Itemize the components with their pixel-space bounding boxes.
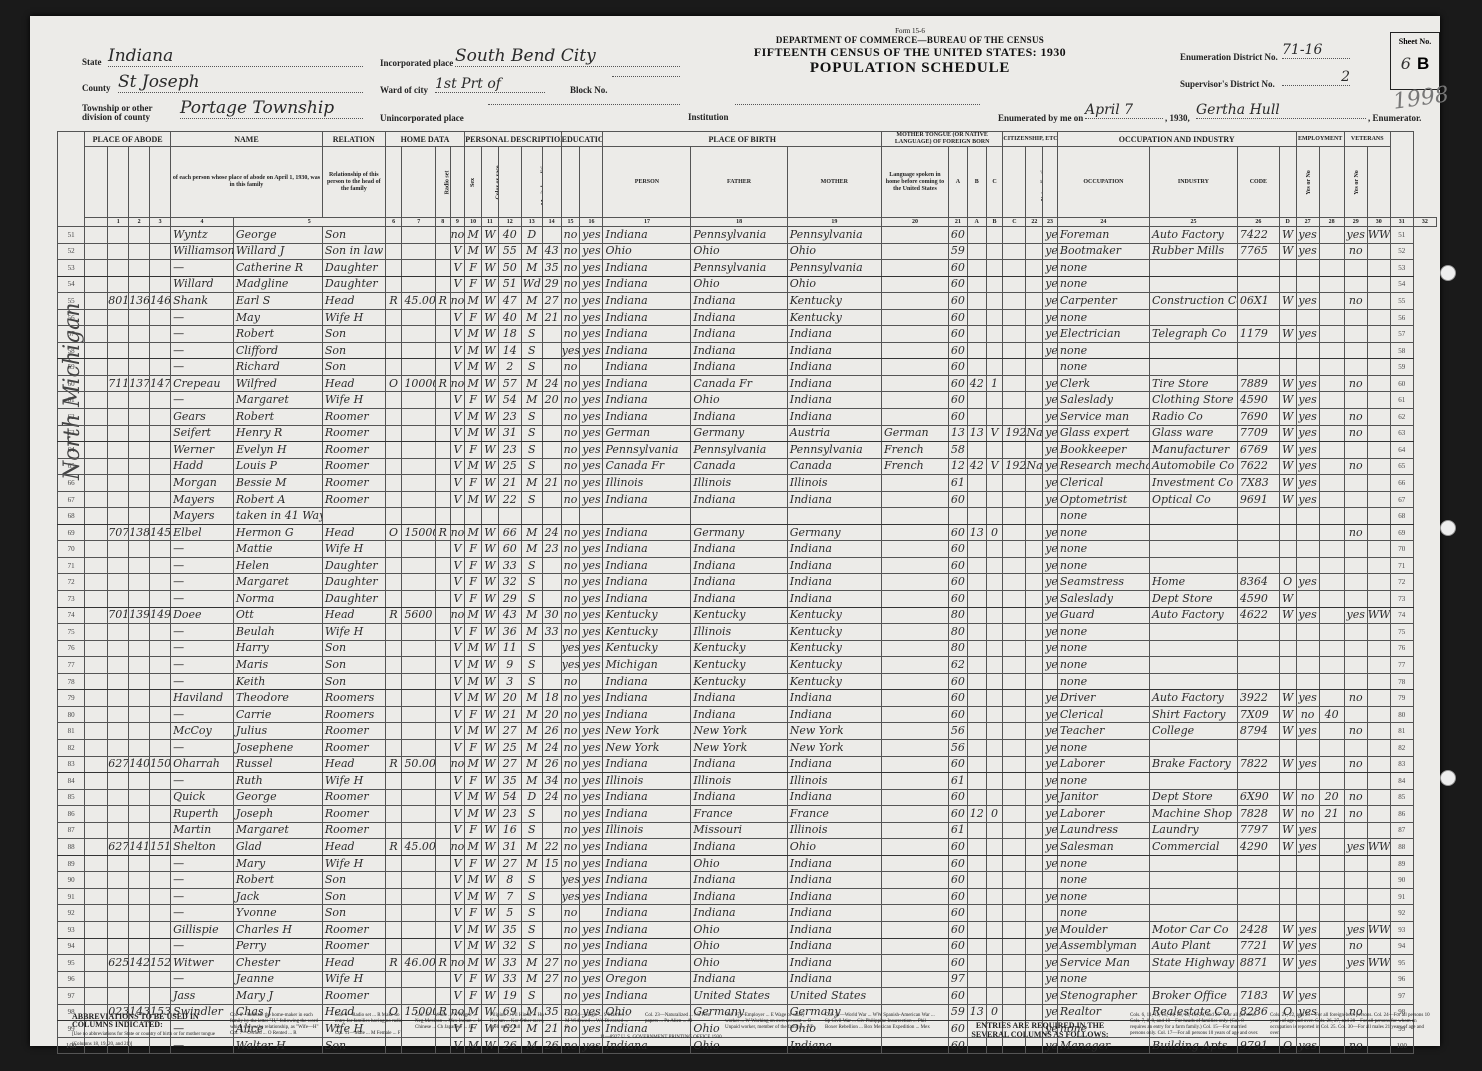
cell-sex: M <box>465 409 482 426</box>
cell-mother: Indiana <box>787 921 881 938</box>
cell-race: W <box>482 988 499 1005</box>
col-number: 13 <box>521 218 542 227</box>
cell-unemp <box>1319 988 1344 1005</box>
cell-house <box>108 243 129 260</box>
cell-owned <box>385 673 402 690</box>
cell-code-a: 60 <box>948 839 967 856</box>
cell-father: Illinois <box>691 773 787 790</box>
cell-industry <box>1149 872 1237 889</box>
cell-relation: Son <box>322 342 385 359</box>
cell-at-work: yes <box>1296 839 1319 856</box>
cell-marital: S <box>521 988 542 1005</box>
cell-radio: R <box>435 955 450 972</box>
enumerated-year: , 1930, <box>1165 113 1190 123</box>
cell-naturalization <box>1026 673 1043 690</box>
cell-age-marriage: 24 <box>542 375 561 392</box>
cell-age: 19 <box>498 988 521 1005</box>
cell-radio <box>435 276 450 293</box>
line-number-right: 66 <box>1390 475 1413 492</box>
table-row: 81McCoyJuliusRoomerVMW27M26noyesNew York… <box>58 723 1437 740</box>
cell-surname: Seifert <box>171 425 234 442</box>
cell-code-b <box>967 739 986 756</box>
cell-at-work <box>1296 260 1319 277</box>
cell-dwelling <box>129 888 150 905</box>
cell-code <box>1237 872 1279 889</box>
col-number: 22 <box>1026 218 1043 227</box>
cell-father: Indiana <box>691 591 787 608</box>
cell-given: Beulah <box>233 624 322 641</box>
cell-code-a: 60 <box>948 276 967 293</box>
cell-house <box>108 938 129 955</box>
cell-war <box>1367 988 1390 1005</box>
cell-street <box>85 673 108 690</box>
cell-race: W <box>482 855 499 872</box>
cell-school: no <box>561 293 580 310</box>
cell-at-work <box>1296 591 1319 608</box>
cell-marital: S <box>521 872 542 889</box>
cell-class <box>1279 773 1296 790</box>
cell-marital: M <box>521 475 542 492</box>
cell-marital: S <box>521 557 542 574</box>
cell-owned <box>385 657 402 674</box>
cell-at-work <box>1296 541 1319 558</box>
table-row: 95625142152WitwerChesterHeadR46.00RnoMW3… <box>58 955 1437 972</box>
abbr-col14: Col. 14—Single ... S Married ... M Widow… <box>565 1013 630 1031</box>
cell-naturalization <box>1026 888 1043 905</box>
cell-occupation: none <box>1057 276 1149 293</box>
cell-race: W <box>482 905 499 922</box>
cell-age-marriage <box>542 921 561 938</box>
cell-code-a: 60 <box>948 988 967 1005</box>
cell-veteran: no <box>1344 243 1367 260</box>
ward-value: 1st Prt of <box>435 76 545 93</box>
cell-age: 35 <box>498 773 521 790</box>
cell-relation: Roomer <box>322 806 385 823</box>
cell-at-work: yes <box>1296 442 1319 459</box>
cell-race: W <box>482 690 499 707</box>
cell-marital: S <box>521 359 542 376</box>
cell-relation: Roomer <box>322 475 385 492</box>
cell-code-c <box>986 872 1003 889</box>
cell-birth: Michigan <box>603 657 691 674</box>
cell-age-marriage <box>542 458 561 475</box>
cell-owned <box>385 591 402 608</box>
cell-school: no <box>561 773 580 790</box>
cell-age-marriage: 26 <box>542 723 561 740</box>
cell-birth: Indiana <box>603 276 691 293</box>
cell-owned: O <box>385 524 402 541</box>
cell-war <box>1367 806 1390 823</box>
cell-code-c <box>986 227 1003 244</box>
cell-race: W <box>482 491 499 508</box>
cell-school: no <box>561 309 580 326</box>
line-number: 72 <box>58 574 85 591</box>
col-number: 30 <box>1367 218 1390 227</box>
cell-relation: Roomer <box>322 491 385 508</box>
cell-age: 47 <box>498 293 521 310</box>
cell-naturalization <box>1026 624 1043 641</box>
cell-code: 7709 <box>1237 425 1279 442</box>
abbr-col7: Col. 7—Owned ... O Rented ... R <box>230 1031 325 1037</box>
cell-occupation: none <box>1057 673 1149 690</box>
cell-code <box>1237 905 1279 922</box>
cell-dwelling <box>129 706 150 723</box>
cell-radio <box>435 905 450 922</box>
cell-english: yes <box>1043 640 1058 657</box>
cell-veteran <box>1344 276 1367 293</box>
cell-mother: Indiana <box>787 375 881 392</box>
cell-unemp <box>1319 524 1344 541</box>
cell-farm: V <box>450 806 465 823</box>
cell-race: W <box>482 309 499 326</box>
cell-language <box>881 673 948 690</box>
footer: ABBREVIATIONS TO BE USED IN COLUMNS INDI… <box>60 1013 1440 1043</box>
cell-owned <box>385 557 402 574</box>
cell-dwelling <box>129 905 150 922</box>
line-number-right: 83 <box>1390 756 1413 773</box>
cell-race: W <box>482 806 499 823</box>
cell-code-a: 60 <box>948 293 967 310</box>
cell-veteran <box>1344 491 1367 508</box>
col-number: 24 <box>1057 218 1149 227</box>
cell-dwelling: 141 <box>129 839 150 856</box>
cell-given: Theodore <box>233 690 322 707</box>
cell-language <box>881 342 948 359</box>
cell-street <box>85 524 108 541</box>
cell-birth: Indiana <box>603 988 691 1005</box>
cell-at-work <box>1296 640 1319 657</box>
cell-father: Pennsylvania <box>691 260 787 277</box>
cell-at-work <box>1296 342 1319 359</box>
table-row: 85QuickGeorgeRoomerVMW54D24noyesIndianaI… <box>58 789 1437 806</box>
cell-occupation: Laundress <box>1057 822 1149 839</box>
cell-war <box>1367 789 1390 806</box>
cell-dwelling <box>129 342 150 359</box>
cell-mother: Germany <box>787 524 881 541</box>
cell-read: yes <box>580 806 603 823</box>
cell-english: yes <box>1043 806 1058 823</box>
cell-sex: M <box>465 839 482 856</box>
cell-code-b <box>967 293 986 310</box>
cell-family <box>150 855 171 872</box>
cell-surname: Gillispie <box>171 921 234 938</box>
line-col <box>58 132 85 227</box>
line-number: 55 <box>58 293 85 310</box>
table-row: 59—RichardSonVMW2SnoIndianaIndianaIndian… <box>58 359 1437 376</box>
cell-language <box>881 640 948 657</box>
cell-code-a: 58 <box>948 442 967 459</box>
cell-code-b <box>967 673 986 690</box>
cell-mother: Kentucky <box>787 624 881 641</box>
cell-veteran <box>1344 822 1367 839</box>
cell-dwelling <box>129 475 150 492</box>
cell-sex: F <box>465 557 482 574</box>
cell-father: Canada Fr <box>691 375 787 392</box>
cell-marital: M <box>521 855 542 872</box>
form-number: Form 15-6 <box>720 27 1100 35</box>
cell-father: Ohio <box>691 855 787 872</box>
cell-mother: New York <box>787 739 881 756</box>
cell-birth: Illinois <box>603 822 691 839</box>
cell-veteran <box>1344 475 1367 492</box>
cell-house <box>108 227 129 244</box>
cell-age-marriage <box>542 574 561 591</box>
cell-surname: Wyntz <box>171 227 234 244</box>
cell-dwelling <box>129 458 150 475</box>
cell-read: yes <box>580 773 603 790</box>
cell-age-marriage <box>542 673 561 690</box>
cell-at-work: no <box>1296 789 1319 806</box>
cell-unemp <box>1319 723 1344 740</box>
cell-street <box>85 557 108 574</box>
cell-language <box>881 706 948 723</box>
cell-mother: Austria <box>787 425 881 442</box>
cell-relation: Head <box>322 756 385 773</box>
cell-war <box>1367 657 1390 674</box>
cell-occupation: none <box>1057 872 1149 889</box>
cell-relation: Head <box>322 375 385 392</box>
cell-naturalization <box>1026 508 1043 525</box>
col-header-dwelling: Number of dwelling house in order of vis… <box>129 147 150 218</box>
cell-occupation: Laborer <box>1057 756 1149 773</box>
cell-code-b <box>967 624 986 641</box>
cell-race: W <box>482 293 499 310</box>
cell-code: 2428 <box>1237 921 1279 938</box>
cell-mother: Ohio <box>787 243 881 260</box>
cell-owned <box>385 359 402 376</box>
cell-birth: Indiana <box>603 409 691 426</box>
cell-race: W <box>482 673 499 690</box>
cell-father: Pennsylvania <box>691 442 787 459</box>
cell-farm: V <box>450 392 465 409</box>
cell-immigration <box>1003 524 1026 541</box>
cell-farm: V <box>450 657 465 674</box>
cell-radio <box>435 822 450 839</box>
cell-code-c <box>986 557 1003 574</box>
cell-unemp <box>1319 921 1344 938</box>
cell-at-work <box>1296 557 1319 574</box>
cell-veteran <box>1344 739 1367 756</box>
col-number: 7 <box>402 218 436 227</box>
cell-family: 152 <box>150 955 171 972</box>
cell-value <box>402 475 436 492</box>
line-number-right: 60 <box>1390 375 1413 392</box>
line-number-right: 55 <box>1390 293 1413 310</box>
cell-sex: F <box>465 260 482 277</box>
cell-code-c <box>986 921 1003 938</box>
line-number-right: 95 <box>1390 955 1413 972</box>
cell-birth: Indiana <box>603 955 691 972</box>
cell-mother: Kentucky <box>787 309 881 326</box>
cell-age: 31 <box>498 839 521 856</box>
cell-mother: Indiana <box>787 938 881 955</box>
cell-radio <box>435 359 450 376</box>
cell-war <box>1367 971 1390 988</box>
cell-code-b <box>967 872 986 889</box>
cell-farm: V <box>450 971 465 988</box>
cell-family <box>150 905 171 922</box>
cell-farm: V <box>450 673 465 690</box>
cell-farm: V <box>450 276 465 293</box>
cell-school: yes <box>561 640 580 657</box>
cell-code <box>1237 624 1279 641</box>
cell-dwelling <box>129 971 150 988</box>
cell-surname: — <box>171 309 234 326</box>
cell-naturalization <box>1026 640 1043 657</box>
cell-family <box>150 624 171 641</box>
col-number: B <box>986 218 1003 227</box>
cell-occupation: none <box>1057 971 1149 988</box>
cell-english: yes <box>1043 475 1058 492</box>
cell-at-work <box>1296 673 1319 690</box>
cell-school: no <box>561 988 580 1005</box>
cell-unemp <box>1319 955 1344 972</box>
cell-mother: Indiana <box>787 872 881 889</box>
cell-naturalization: Na <box>1026 458 1043 475</box>
cell-age-marriage <box>542 806 561 823</box>
cell-dwelling <box>129 309 150 326</box>
cell-war <box>1367 458 1390 475</box>
cell-naturalization <box>1026 227 1043 244</box>
cell-given: Mattie <box>233 541 322 558</box>
line-number-right: 93 <box>1390 921 1413 938</box>
cell-naturalization <box>1026 739 1043 756</box>
group-education: EDUCATION <box>561 132 603 147</box>
cell-mother: Illinois <box>787 822 881 839</box>
cell-value <box>402 921 436 938</box>
township-value: Portage Township <box>180 98 363 119</box>
cell-sex: M <box>465 342 482 359</box>
cell-war: WW <box>1367 607 1390 624</box>
cell-dwelling <box>129 789 150 806</box>
cell-age-marriage <box>542 425 561 442</box>
cell-father: Ohio <box>691 392 787 409</box>
cell-occupation: Research mechanic <box>1057 458 1149 475</box>
cell-veteran <box>1344 624 1367 641</box>
cell-house <box>108 442 129 459</box>
cell-immigration <box>1003 375 1026 392</box>
cell-code-a: 60 <box>948 888 967 905</box>
cell-naturalization <box>1026 822 1043 839</box>
cell-value <box>402 458 436 475</box>
cell-surname: — <box>171 888 234 905</box>
cell-occupation: none <box>1057 541 1149 558</box>
cell-age-marriage <box>542 227 561 244</box>
cell-farm: V <box>450 690 465 707</box>
cell-street <box>85 773 108 790</box>
cell-code-b: 42 <box>967 458 986 475</box>
cell-war <box>1367 541 1390 558</box>
cell-radio <box>435 591 450 608</box>
line-number-right: 96 <box>1390 971 1413 988</box>
cell-relation: Roomer <box>322 442 385 459</box>
cell-language <box>881 392 948 409</box>
line-number-right: 81 <box>1390 723 1413 740</box>
cell-race: W <box>482 574 499 591</box>
cell-dwelling <box>129 640 150 657</box>
cell-class: W <box>1279 607 1296 624</box>
cell-sex: F <box>465 475 482 492</box>
cell-race: W <box>482 756 499 773</box>
cell-given: Josephene <box>233 739 322 756</box>
cell-family <box>150 541 171 558</box>
cell-age-marriage <box>542 508 561 525</box>
cell-surname: Crepeau <box>171 375 234 392</box>
cell-given: George <box>233 789 322 806</box>
cell-naturalization <box>1026 359 1043 376</box>
cell-house <box>108 872 129 889</box>
col-header-at-work: Yes or No <box>1296 147 1319 218</box>
cell-code-c <box>986 855 1003 872</box>
cell-english: yes <box>1043 409 1058 426</box>
cell-farm: V <box>450 326 465 343</box>
cell-code-a: 60 <box>948 591 967 608</box>
col-number: 16 <box>580 218 603 227</box>
cell-age: 31 <box>498 425 521 442</box>
cell-immigration <box>1003 491 1026 508</box>
cell-farm: V <box>450 706 465 723</box>
line-number: 62 <box>58 409 85 426</box>
cell-occupation: none <box>1057 657 1149 674</box>
cell-immigration <box>1003 359 1026 376</box>
cell-code-b <box>967 276 986 293</box>
cell-age-marriage <box>542 872 561 889</box>
line-number-right: 67 <box>1390 491 1413 508</box>
cell-given: Margaret <box>233 822 322 839</box>
col-number: 18 <box>691 218 787 227</box>
cell-street <box>85 276 108 293</box>
cell-code-a: 60 <box>948 375 967 392</box>
cell-family <box>150 971 171 988</box>
cell-age: 16 <box>498 822 521 839</box>
cell-at-work <box>1296 872 1319 889</box>
cell-surname: — <box>171 541 234 558</box>
cell-age-marriage <box>542 409 561 426</box>
cell-code <box>1237 657 1279 674</box>
cell-read: yes <box>580 988 603 1005</box>
cell-street <box>85 921 108 938</box>
line-number-right: 62 <box>1390 409 1413 426</box>
line-number: 87 <box>58 822 85 839</box>
cell-sex: F <box>465 442 482 459</box>
cell-language <box>881 921 948 938</box>
col-header-industry: INDUSTRY <box>1149 147 1237 218</box>
line-number: 96 <box>58 971 85 988</box>
cell-war <box>1367 574 1390 591</box>
cell-street <box>85 458 108 475</box>
cell-war: WW <box>1367 921 1390 938</box>
col-header-name-desc: of each person whose place of abode on A… <box>171 147 323 218</box>
table-row: 72—MargaretDaughterVFW32SnoyesIndianaInd… <box>58 574 1437 591</box>
cell-relation: Son <box>322 359 385 376</box>
cell-war <box>1367 491 1390 508</box>
group-citizenship: CITIZENSHIP, ETC. <box>1003 132 1057 147</box>
cell-farm: V <box>450 789 465 806</box>
cell-birth: Indiana <box>603 938 691 955</box>
cell-industry: Auto Factory <box>1149 607 1237 624</box>
cell-age-marriage <box>542 359 561 376</box>
cell-immigration <box>1003 557 1026 574</box>
cell-marital: S <box>521 326 542 343</box>
col-number: C <box>1003 218 1026 227</box>
line-number: 52 <box>58 243 85 260</box>
cell-sex: M <box>465 227 482 244</box>
col-header-sex: Sex <box>465 147 482 218</box>
cell-unemp <box>1319 409 1344 426</box>
cell-code: 8794 <box>1237 723 1279 740</box>
cell-occupation: Stenographer <box>1057 988 1149 1005</box>
cell-school: no <box>561 574 580 591</box>
